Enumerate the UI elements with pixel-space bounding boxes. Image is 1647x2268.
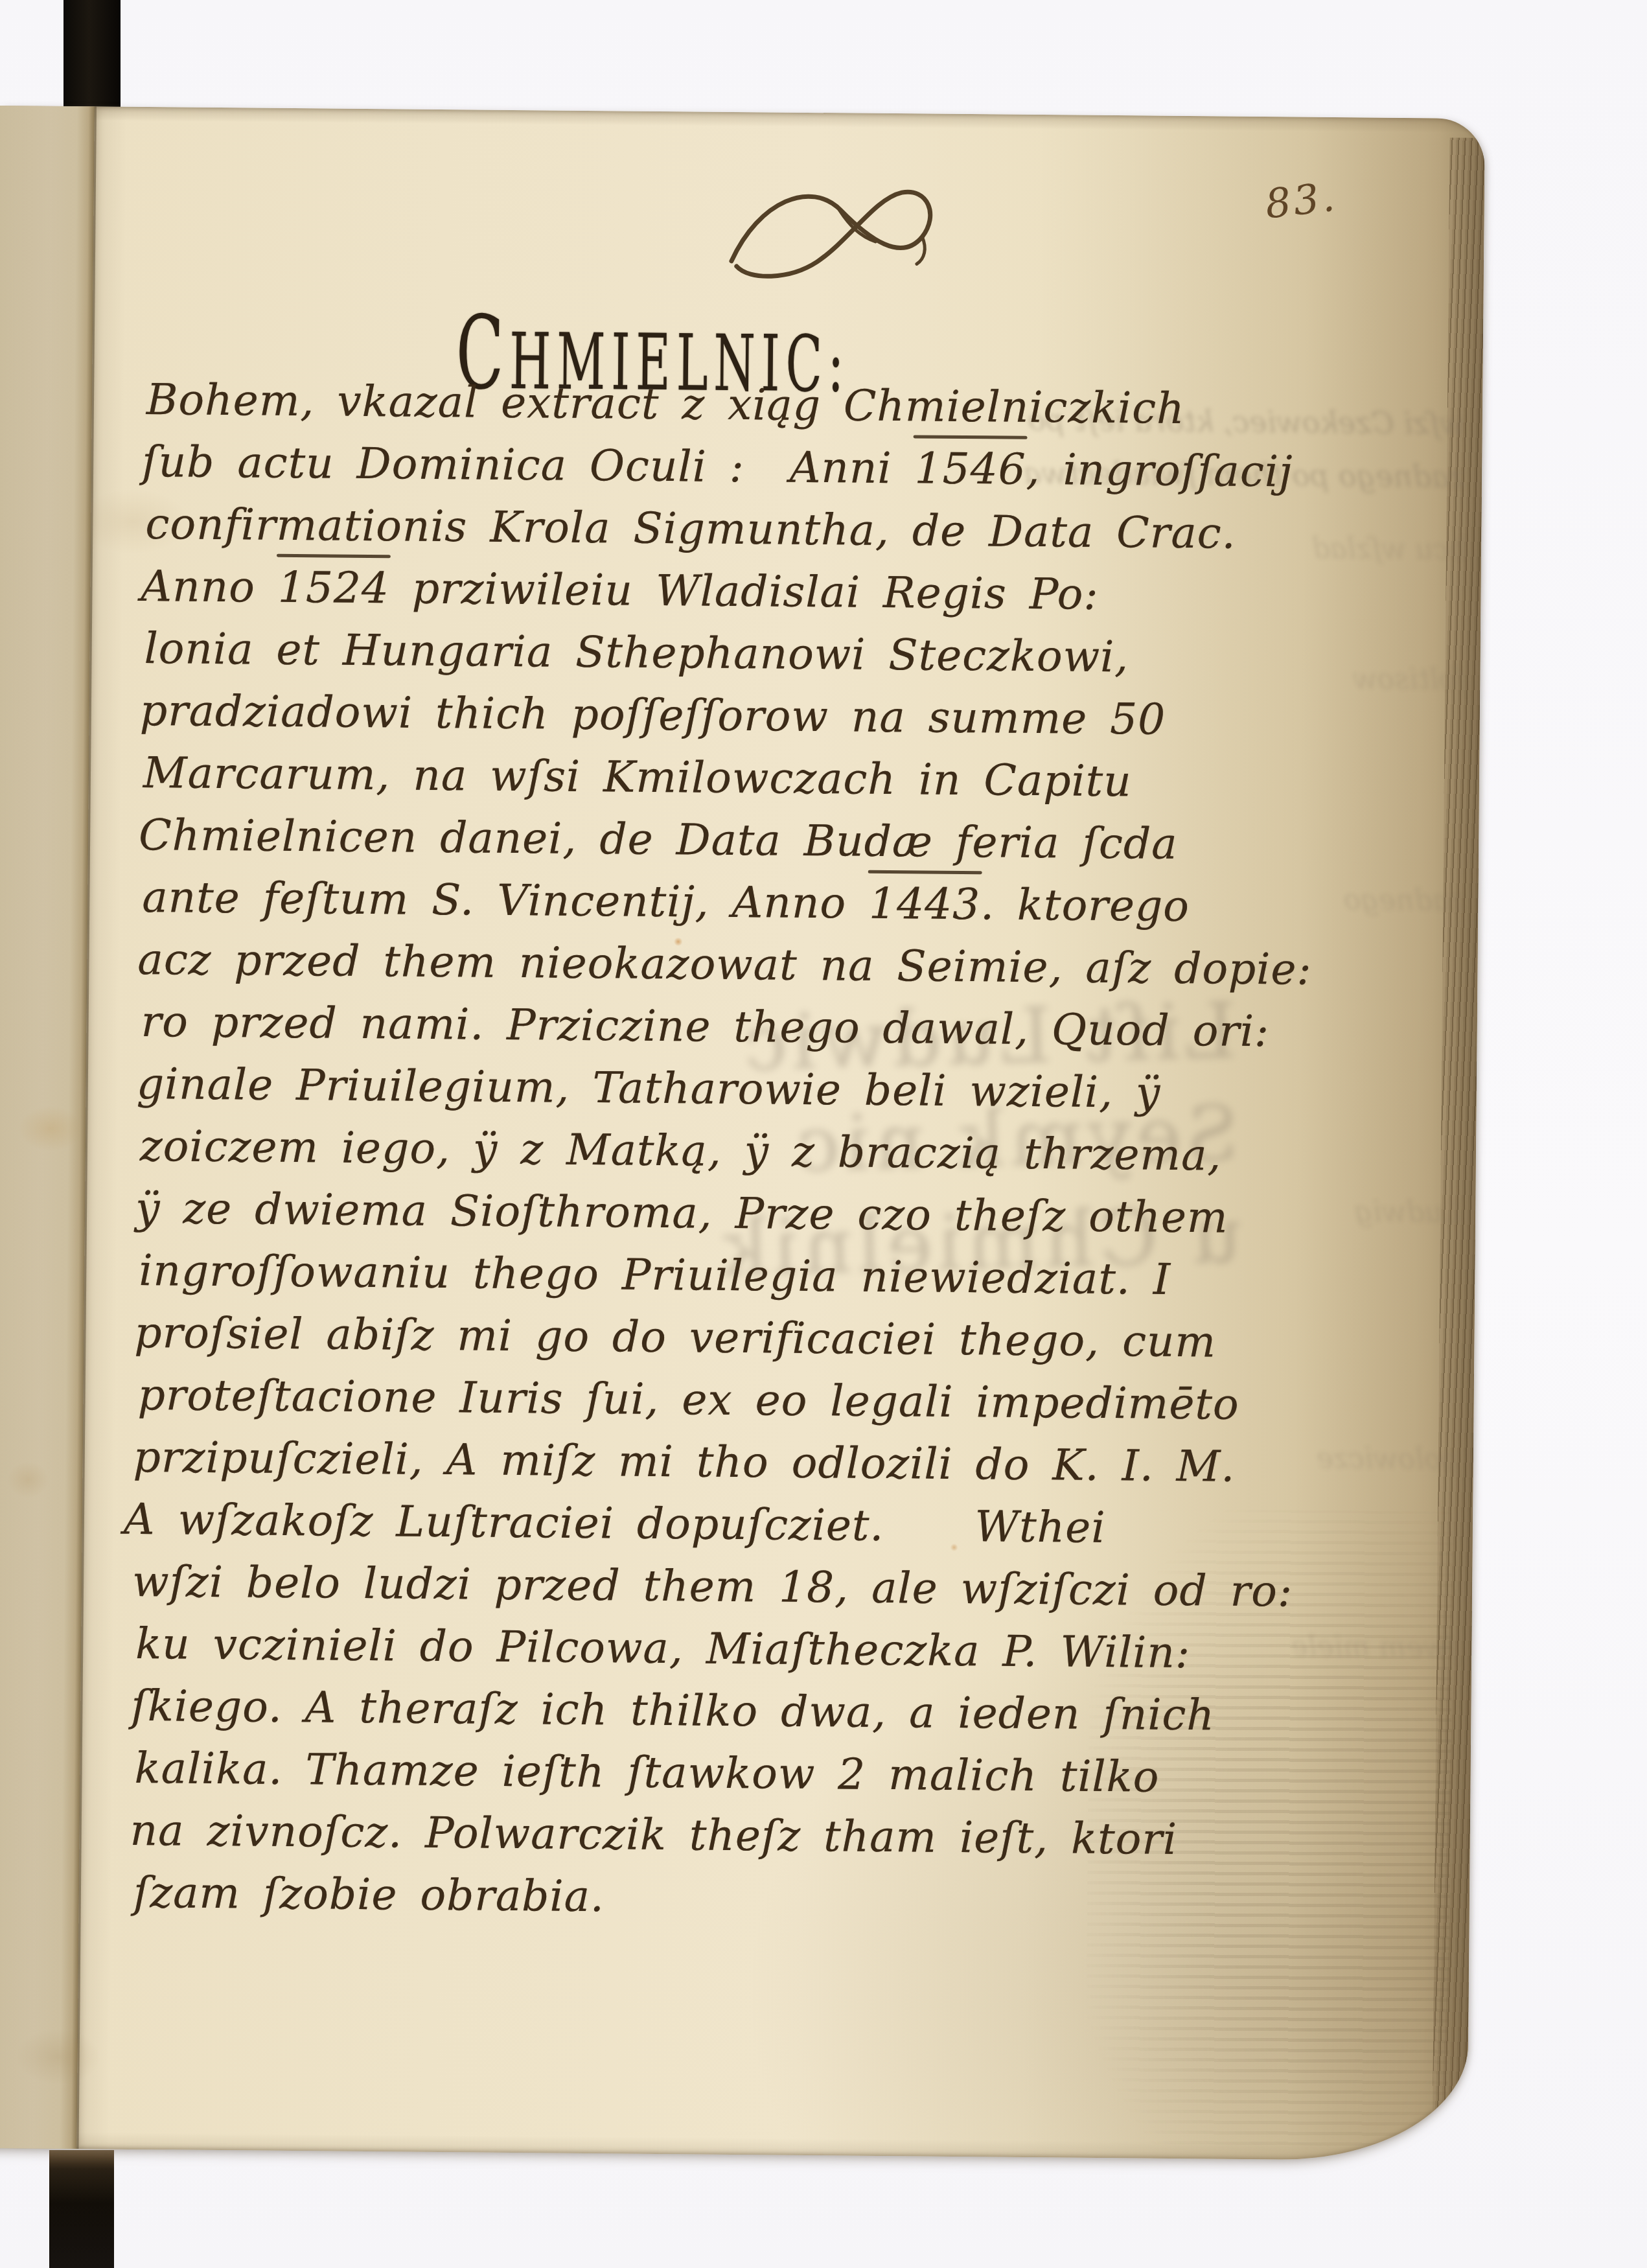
manuscript-line: ingroſſowaniu thego Priuilegia niewiedzi… — [139, 1240, 1357, 1312]
gutter-fold — [0, 106, 95, 2149]
manuscript-lines: Bohem, vkazal extract z xiąg Chmielniczk… — [130, 369, 1361, 1934]
manuscript-line: ſub actu Dominica Oculi : Anni 1546, ing… — [142, 431, 1361, 503]
manuscript-line: ſzam ſzobie obrabia. — [133, 1862, 1352, 1934]
manuscript-line: acz przed them nieokazowat na Seimie, aſ… — [137, 929, 1356, 1001]
manuscript-line: ÿ ze dwiema Sioſthroma, Prze czo theſz o… — [135, 1177, 1354, 1250]
manuscript-line: zoiczem iego, ÿ z Matką, ÿ z braczią thr… — [140, 1115, 1359, 1188]
manuscript-line: na zivnoſcz. Polwarczik theſz tham ieſt,… — [130, 1799, 1348, 1872]
manuscript-line: Bohem, vkazal extract z xiąg Chmielniczk… — [146, 369, 1365, 441]
manuscript-line: wſzi belo ludzi przed them 18, ale wſziſ… — [132, 1551, 1351, 1623]
binding-strap-bottom — [49, 2150, 114, 2268]
manuscript-line: Marcarum, na wſsi Kmilowczach in Capitu — [143, 742, 1362, 815]
manuscript-line: ſkiego. A theraſz ich thilko dwa, a iede… — [131, 1675, 1350, 1748]
calligraphic-flourish-icon — [711, 163, 952, 301]
manuscript-line: lonia et Hungaria Sthephanowi Steczkowi, — [144, 618, 1363, 690]
manuscript-line: A wſzakoſz Luſtraciei dopuſcziet. Wthei — [124, 1488, 1342, 1561]
manuscript-line: Chmielnicen danei, de Data Budæ feria ſc… — [139, 804, 1357, 877]
manuscript-line: Anno 1524 prziwileiu Wladislai Regis Po: — [141, 555, 1359, 628]
manuscript-line: ro przed nami. Prziczine thego dawal, Qu… — [141, 991, 1359, 1063]
book-scan: wſzi Czekowiec, ktora ieſt pozadnego po … — [0, 0, 1647, 2268]
page-number: 83. — [1263, 173, 1339, 228]
manuscript-line: kalika. Thamze ieſth ſtawkow 2 malich ti… — [134, 1737, 1353, 1810]
manuscript-line: ante feſtum S. Vincentij, Anno 1443. kto… — [142, 866, 1361, 939]
manuscript-line: ginale Priuilegium, Tatharowie beli wzie… — [136, 1053, 1355, 1126]
manuscript-line: pradziadowi thich poſſeſſorow na summe 5… — [139, 680, 1358, 752]
manuscript-line: przipuſczieli, A miſz mi tho odlozili do… — [133, 1426, 1352, 1499]
manuscript-line: proſsiel abiſz mi go do verificaciei the… — [134, 1302, 1353, 1374]
manuscript-line: proteſtacione Iuris ſui, ex eo legali im… — [137, 1364, 1356, 1437]
manuscript-page: wſzi Czekowiec, ktora ieſt pozadnego po … — [0, 106, 1485, 2161]
binding-strap-top — [63, 0, 121, 110]
manuscript-line: ku vczinieli do Pilcowa, Miaſtheczka P. … — [135, 1613, 1354, 1685]
